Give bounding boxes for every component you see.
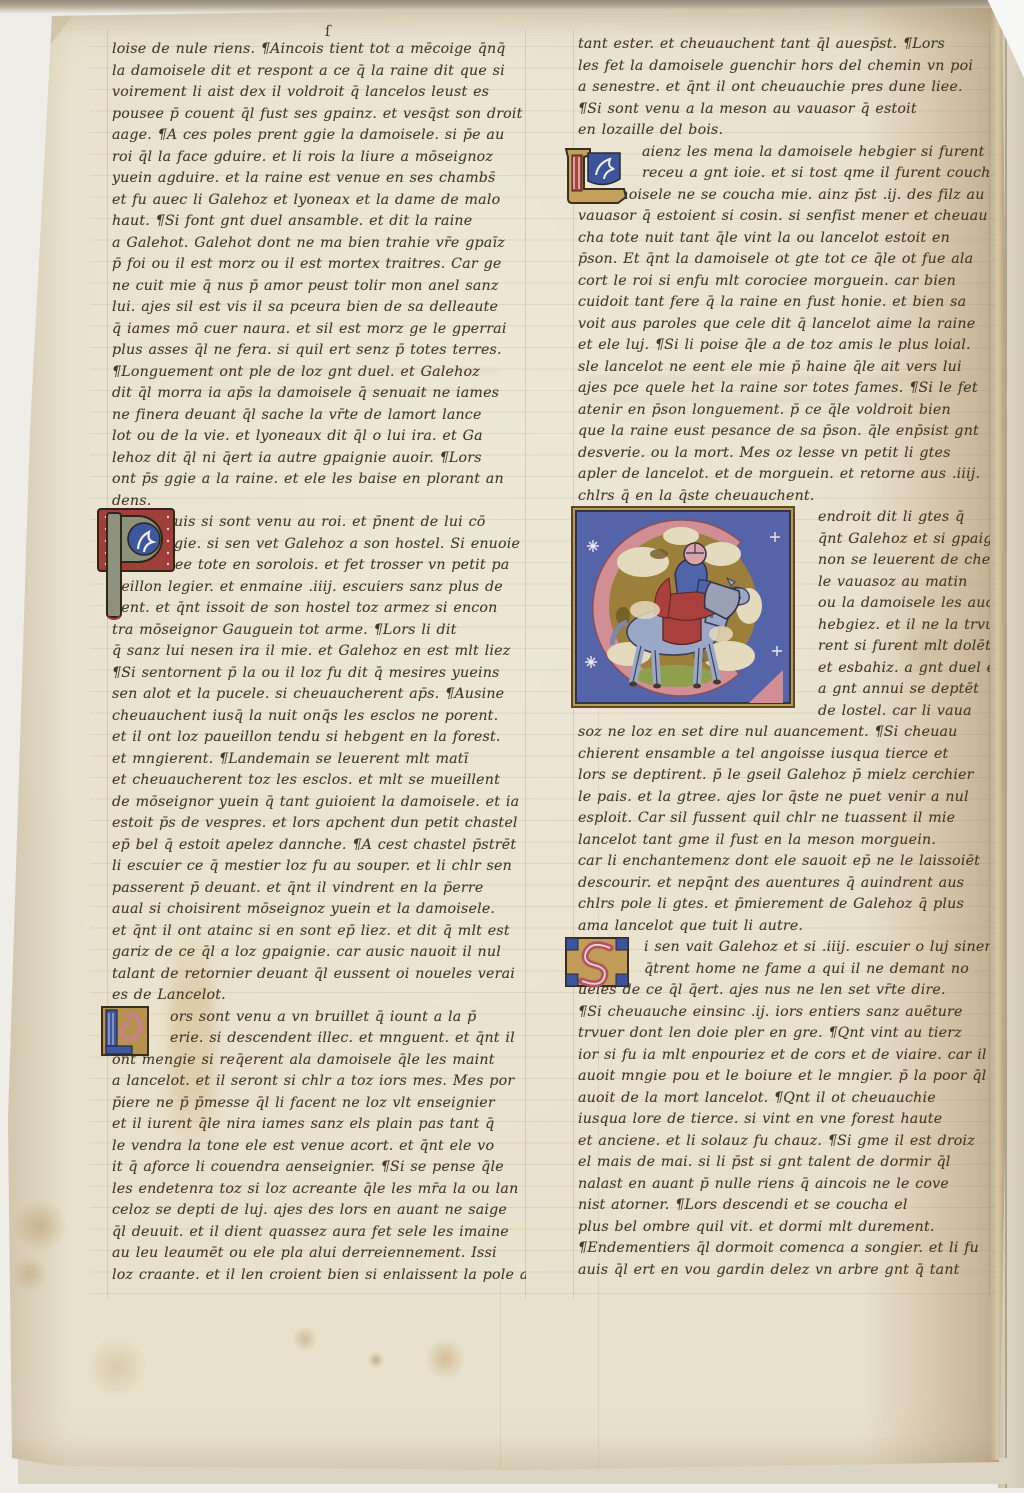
text-line: ont mengie si req̄erent ala damoisele q̄… bbox=[112, 1052, 526, 1074]
text-line: plus bel ombre quil vit. et dormi mlt du… bbox=[578, 1219, 990, 1241]
text-line: plus asses q̄l ne fera. si quil ert senz… bbox=[112, 342, 526, 364]
text-line: et ele luj. ¶Si li poise q̄le a de toz a… bbox=[578, 337, 990, 359]
text-line: i sen vait Galehoz et si .iiij. escuier … bbox=[578, 939, 990, 961]
text-line: haut. ¶Si font gnt duel ansamble. et dit… bbox=[112, 213, 526, 235]
text-line: et il iurent q̄le nira iames sanz els pl… bbox=[112, 1116, 526, 1138]
text-line: dit q̄l morra ia ap̄s la damoisele q̄ se… bbox=[112, 385, 526, 407]
text-column-left: loise de nule riens. ¶Aincois tient tot … bbox=[112, 41, 526, 1288]
stain bbox=[424, 1338, 466, 1380]
text-line: ont p̄s ggie a la raine. et ele les bais… bbox=[112, 471, 526, 493]
text-line: cheuauchent iusq̄ la nuit onq̄s les escl… bbox=[112, 708, 526, 730]
text-line: les fet la damoisele guenchir hors del c… bbox=[578, 58, 990, 80]
text-line: loz craante. et il len croient bien si e… bbox=[112, 1267, 526, 1289]
text-line: p̄son. Et q̄nt la damoisele ot gte tot c… bbox=[578, 251, 990, 273]
text-line: et mngierent. ¶Landemain se leuerent mlt… bbox=[112, 751, 526, 773]
text-line: lot ou de la vie. et lyoneaux dit q̄l o … bbox=[112, 428, 526, 450]
text-line: le vendra la tone ele est venue acort. e… bbox=[112, 1138, 526, 1160]
illuminated-initial-P bbox=[94, 507, 186, 627]
text-line: celoz se depti de luj. ajes des lors en … bbox=[112, 1202, 526, 1224]
fold-line bbox=[500, 1280, 501, 1475]
text-line: q̄l deuuit. et il dient quassez aura fet… bbox=[112, 1224, 526, 1246]
text-line: p̄iere ne p̄ p̄messe q̄l li facent ne lo… bbox=[112, 1095, 526, 1117]
text-line: sen alot et la pucele. si cheuaucherent … bbox=[112, 686, 526, 708]
text-line: ¶Endementiers q̄l dormoit comenca a song… bbox=[578, 1240, 990, 1262]
text-line: loise de nule riens. ¶Aincois tient tot … bbox=[112, 41, 526, 63]
text-line: auoit mngie pou et le boiure et le mngie… bbox=[578, 1068, 990, 1090]
stain bbox=[86, 1336, 148, 1398]
text-line: q̄trent home ne fame a qui il ne demant … bbox=[578, 961, 990, 983]
text-line: et fu auec li Galehoz et lyoneax et la d… bbox=[112, 192, 526, 214]
text-line: sle lancelot ne eent ele mie p̄ haine q̄… bbox=[578, 359, 990, 381]
text-line: voit aus paroles que cele dit q̄ lancelo… bbox=[578, 316, 990, 338]
text-line: it q̄ aforce li couendra aenseignier. ¶S… bbox=[112, 1159, 526, 1181]
vertical-rule bbox=[107, 30, 108, 1298]
text-line: desverie. ou la mort. Mes oz lesse vn pe… bbox=[578, 445, 990, 467]
text-line: descourir. et nepq̄nt des auentures q̄ a… bbox=[578, 875, 990, 897]
stain bbox=[292, 1326, 318, 1352]
text-line: cuidoit tant fere q̄ la raine en fust ho… bbox=[578, 294, 990, 316]
text-line: receu a gnt ioie. et si tost qme il fure… bbox=[578, 165, 990, 187]
paragraph: endroit dit li gtes q̄q̄nt Galehoz et si… bbox=[578, 509, 990, 724]
quire-mark: ſ bbox=[325, 22, 331, 40]
text-line: ¶Longuement ont ple de loz gnt duel. et … bbox=[112, 364, 526, 386]
text-line: a senestre. et q̄nt il ont cheuauchie pr… bbox=[578, 79, 990, 101]
stain bbox=[16, 74, 42, 100]
text-line: et q̄nt il ont atainc si en sont ep̄ lie… bbox=[112, 923, 526, 945]
text-line: voirement li aist dex il voldroit q̄ lan… bbox=[112, 84, 526, 106]
miniature-knight-historiated-initial bbox=[571, 506, 795, 712]
text-line: iusqua lore de tierce. si vint en vne fo… bbox=[578, 1111, 990, 1133]
text-line: ne cuit mie q̄ nus p̄ amor peust tolir m… bbox=[112, 278, 526, 300]
text-line: la damoisele dit et respont a ce q̄ la r… bbox=[112, 63, 526, 85]
text-line: yuein agduire. et la raine est venue en … bbox=[112, 170, 526, 192]
text-line: apler de lancelot. et de morguein. et re… bbox=[578, 466, 990, 488]
stain bbox=[368, 1352, 384, 1368]
text-line: au leu leaumēt ou ele pla alui derreienn… bbox=[112, 1245, 526, 1267]
text-line: auoit de la mort lancelot. ¶Qnt il ot ch… bbox=[578, 1090, 990, 1112]
text-line: auis q̄l ert en vou gardin delez vn arbr… bbox=[578, 1262, 990, 1284]
text-line: nist atorner. ¶Lors descendi et se couch… bbox=[578, 1197, 990, 1219]
text-line: a Galehot. Galehot dont ne ma bien trahi… bbox=[112, 235, 526, 257]
text-line: estoit p̄s de vespres. et lors apchent d… bbox=[112, 815, 526, 837]
text-line: li escuier ce q̄ mestier loz fu au soupe… bbox=[112, 858, 526, 880]
text-line: ors sont venu a vn bruillet q̄ iount a l… bbox=[112, 1009, 526, 1031]
stain bbox=[14, 1200, 66, 1252]
text-line: que la raine eust pesance de sa p̄son. q… bbox=[578, 423, 990, 445]
illuminated-initial-S bbox=[564, 936, 632, 994]
text-line: vauasor q̄ estoient si cosin. si senfist… bbox=[578, 208, 990, 230]
text-line: lehoz dit q̄l ni q̄ert ia autre gpaignie… bbox=[112, 450, 526, 472]
text-line: ne finera deuant q̄l sache la vr̄te de l… bbox=[112, 407, 526, 429]
text-line: ¶Si sentornent p̄ la ou il loz fu dit q̄… bbox=[112, 665, 526, 687]
text-line: lors se deptirent. p̄ le gseil Galehoz p… bbox=[578, 767, 990, 789]
text-line: et cheuaucherent toz les esclos. et mlt … bbox=[112, 772, 526, 794]
text-line: atenir en p̄son longuement. p̄ ce q̄le v… bbox=[578, 402, 990, 424]
stain bbox=[12, 1256, 48, 1292]
text-line: roi q̄l la face gduire. et li rois la li… bbox=[112, 149, 526, 171]
text-line: ¶Si sont venu a la meson au vauasor q̄ e… bbox=[578, 101, 990, 123]
text-line: ama lancelot que tuit li autre. bbox=[578, 918, 990, 940]
text-line: car li enchantemenz dont ele sauoit ep̄ … bbox=[578, 853, 990, 875]
text-line: chierent ensamble a tel angoisse iusqua … bbox=[578, 746, 990, 768]
text-line: de mōseignor yuein q̄ tant guioient la d… bbox=[112, 794, 526, 816]
text-line: les endetenra toz si loz acreante q̄le l… bbox=[112, 1181, 526, 1203]
text-line: et il ont loz paueillon tendu si hebgent… bbox=[112, 729, 526, 751]
text-line: el mais de mai. si li p̄st si gnt talent… bbox=[578, 1154, 990, 1176]
text-line: p̄ foi ou il est morz ou il est mortex t… bbox=[112, 256, 526, 278]
text-line: ior si fu ia mlt enpouriez et de cors et… bbox=[578, 1047, 990, 1069]
text-line: aage. ¶A ces poles prent ggie la damoise… bbox=[112, 127, 526, 149]
manuscript-page: ſ loise de nule riens. ¶Aincois tient to… bbox=[0, 0, 1014, 1480]
text-line: chlrs pole li gtes. et p̄mierement de Ga… bbox=[578, 896, 990, 918]
text-line: ajes pce quele het la raine sor totes fa… bbox=[578, 380, 990, 402]
text-line: en lozaille del bois. bbox=[578, 122, 990, 144]
text-line: tant ester. et cheuauchent tant q̄l aues… bbox=[578, 36, 990, 58]
text-line: ¶Si cheuauche einsinc .ij. iors entiers … bbox=[578, 1004, 990, 1026]
text-line: soz ne loz en set dire nul auancement. ¶… bbox=[578, 724, 990, 746]
text-line: lancelot tant gme il fust en la meson mo… bbox=[578, 832, 990, 854]
text-line: q̄ sanz lui nesen ira il mie. et Galehoz… bbox=[112, 643, 526, 665]
text-line: la damoisele ne se coucha mie. ainz p̄st… bbox=[578, 187, 990, 209]
text-line: ep̄ bel q̄ estoit apelez dannche. ¶A ces… bbox=[112, 837, 526, 859]
text-line: trvuer dont len doie pler en gre. ¶Qnt v… bbox=[578, 1025, 990, 1047]
text-line: et anciene. et li solauz fu chauz. ¶Si g… bbox=[578, 1133, 990, 1155]
paragraph: uis si sont venu au roi. et p̄nent de lu… bbox=[112, 514, 526, 1009]
text-line: aienz les mena la damoisele hebgier si f… bbox=[578, 144, 990, 166]
text-line: ueles de ce q̄l q̄ert. ajes nus ne len s… bbox=[578, 982, 990, 1004]
paragraph: tant ester. et cheuauchent tant q̄l aues… bbox=[578, 36, 990, 144]
top-left-corner-shading bbox=[14, 14, 74, 84]
text-line: aual si choisirent mōseignoz yuein et la… bbox=[112, 901, 526, 923]
text-line: q̄ iames mō cuer naura. et sil est morz … bbox=[112, 321, 526, 343]
text-line: esploit. Car sil fussent quil chlr ne tu… bbox=[578, 810, 990, 832]
paragraph: aienz les mena la damoisele hebgier si f… bbox=[578, 144, 990, 510]
text-line: erie. si descendent illec. et mnguent. e… bbox=[112, 1030, 526, 1052]
photograph-background: { "page_mark": "ſ", "colors": { "parchme… bbox=[0, 0, 1024, 1493]
text-line: lui. ajes sil est vis il sa pceura bien … bbox=[112, 299, 526, 321]
paragraph: soz ne loz en set dire nul auancement. ¶… bbox=[578, 724, 990, 939]
text-line: talant de retornier deuant q̄l eussent o… bbox=[112, 966, 526, 988]
text-column-right: tant ester. et cheuauchent tant q̄l aues… bbox=[578, 36, 990, 1283]
text-line: a lancelot. et il seront si chlr a toz i… bbox=[112, 1073, 526, 1095]
paragraph: loise de nule riens. ¶Aincois tient tot … bbox=[112, 41, 526, 514]
paragraph: ors sont venu a vn bruillet q̄ iount a l… bbox=[112, 1009, 526, 1289]
text-line: pousee p̄ couent q̄l fust ses gpainz. et… bbox=[112, 106, 526, 128]
fore-edge-highlight bbox=[990, 10, 1004, 1460]
text-line: cort le roi si enfu mlt corociee morguei… bbox=[578, 273, 990, 295]
text-line: es de Lancelot. bbox=[112, 987, 526, 1009]
text-line: gariz de ce q̄l a loz gpaignie. car ausi… bbox=[112, 944, 526, 966]
illuminated-initial-L bbox=[100, 1005, 152, 1063]
paragraph: i sen vait Galehoz et si .iiij. escuier … bbox=[578, 939, 990, 1283]
text-line: le pais. et la gtree. ajes lor q̄ste ne … bbox=[578, 789, 990, 811]
text-line: cha tote nuit tant q̄le vint la ou lance… bbox=[578, 230, 990, 252]
text-line: passerent p̄ deuant. et q̄nt il vindrent… bbox=[112, 880, 526, 902]
illuminated-initial-L bbox=[562, 145, 634, 211]
text-line: nalast en auant p̄ nulle riens q̄ aincoi… bbox=[578, 1176, 990, 1198]
